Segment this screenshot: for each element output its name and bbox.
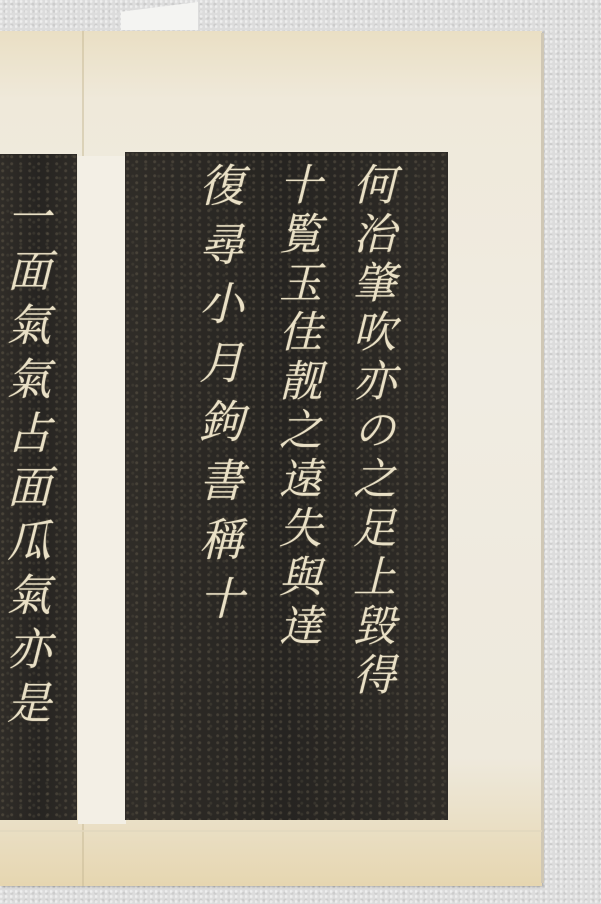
mount-strip	[78, 156, 126, 824]
calligraphy-column-3: 復尋小月鉤書稱十	[195, 162, 240, 634]
page-edge	[541, 33, 544, 883]
calligraphy-column-2: 十覧玉佳靓之遠失與達	[275, 162, 318, 652]
calligraphy-column: 一面氣氣占面瓜氣亦是	[2, 194, 46, 734]
rubbing-main-panel: 何治肇吹亦の之足上毀得 十覧玉佳靓之遠失與達 復尋小月鉤書稱十	[125, 152, 448, 820]
paper-tab	[121, 2, 198, 30]
rubbing-left-panel: 一面氣氣占面瓜氣亦是	[0, 154, 77, 820]
calligraphy-column-1: 何治肇吹亦の之足上毀得	[349, 162, 392, 701]
page-fold-horizontal	[0, 830, 542, 832]
